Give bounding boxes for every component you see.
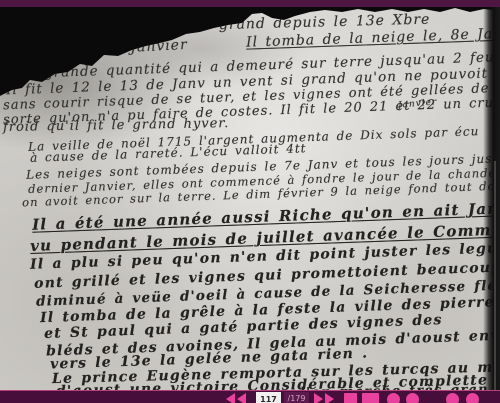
manuscript-page: ord a été Très grand depuis le 13e Xbre … [0,0,500,403]
previous-page-button[interactable] [226,393,246,403]
manuscript-line: jusqu'au 30 Janvier [28,37,188,61]
page-edge-highlight [494,161,496,403]
next-page-icon [325,393,334,403]
toolbar-extra-icon[interactable] [446,393,459,403]
zoom-icon[interactable] [406,393,419,403]
page-number-input[interactable] [256,392,281,403]
scan-viewport[interactable]: ord a été Très grand depuis le 13e Xbre … [0,0,500,403]
next-page-icon [314,393,323,403]
ink-blot [185,9,204,23]
previous-page-icon [226,393,235,403]
toolbar-extra-icon[interactable] [344,393,357,403]
previous-page-icon [237,393,246,403]
zoom-icon[interactable] [387,393,400,403]
page-edge-shadow [483,0,500,403]
page-total-label: /179 [284,392,309,403]
next-page-button[interactable] [314,393,334,403]
top-toolbar [0,0,500,7]
archive-viewer-window: ord a été Très grand depuis le 13e Xbre … [0,0,500,403]
pagination-toolbar: /179 [0,390,500,403]
manuscript-line: froid qu'il fit le grand hyver. [3,116,230,135]
toolbar-extra-icon[interactable] [466,393,479,403]
toolbar-extra-icon[interactable] [362,393,379,403]
